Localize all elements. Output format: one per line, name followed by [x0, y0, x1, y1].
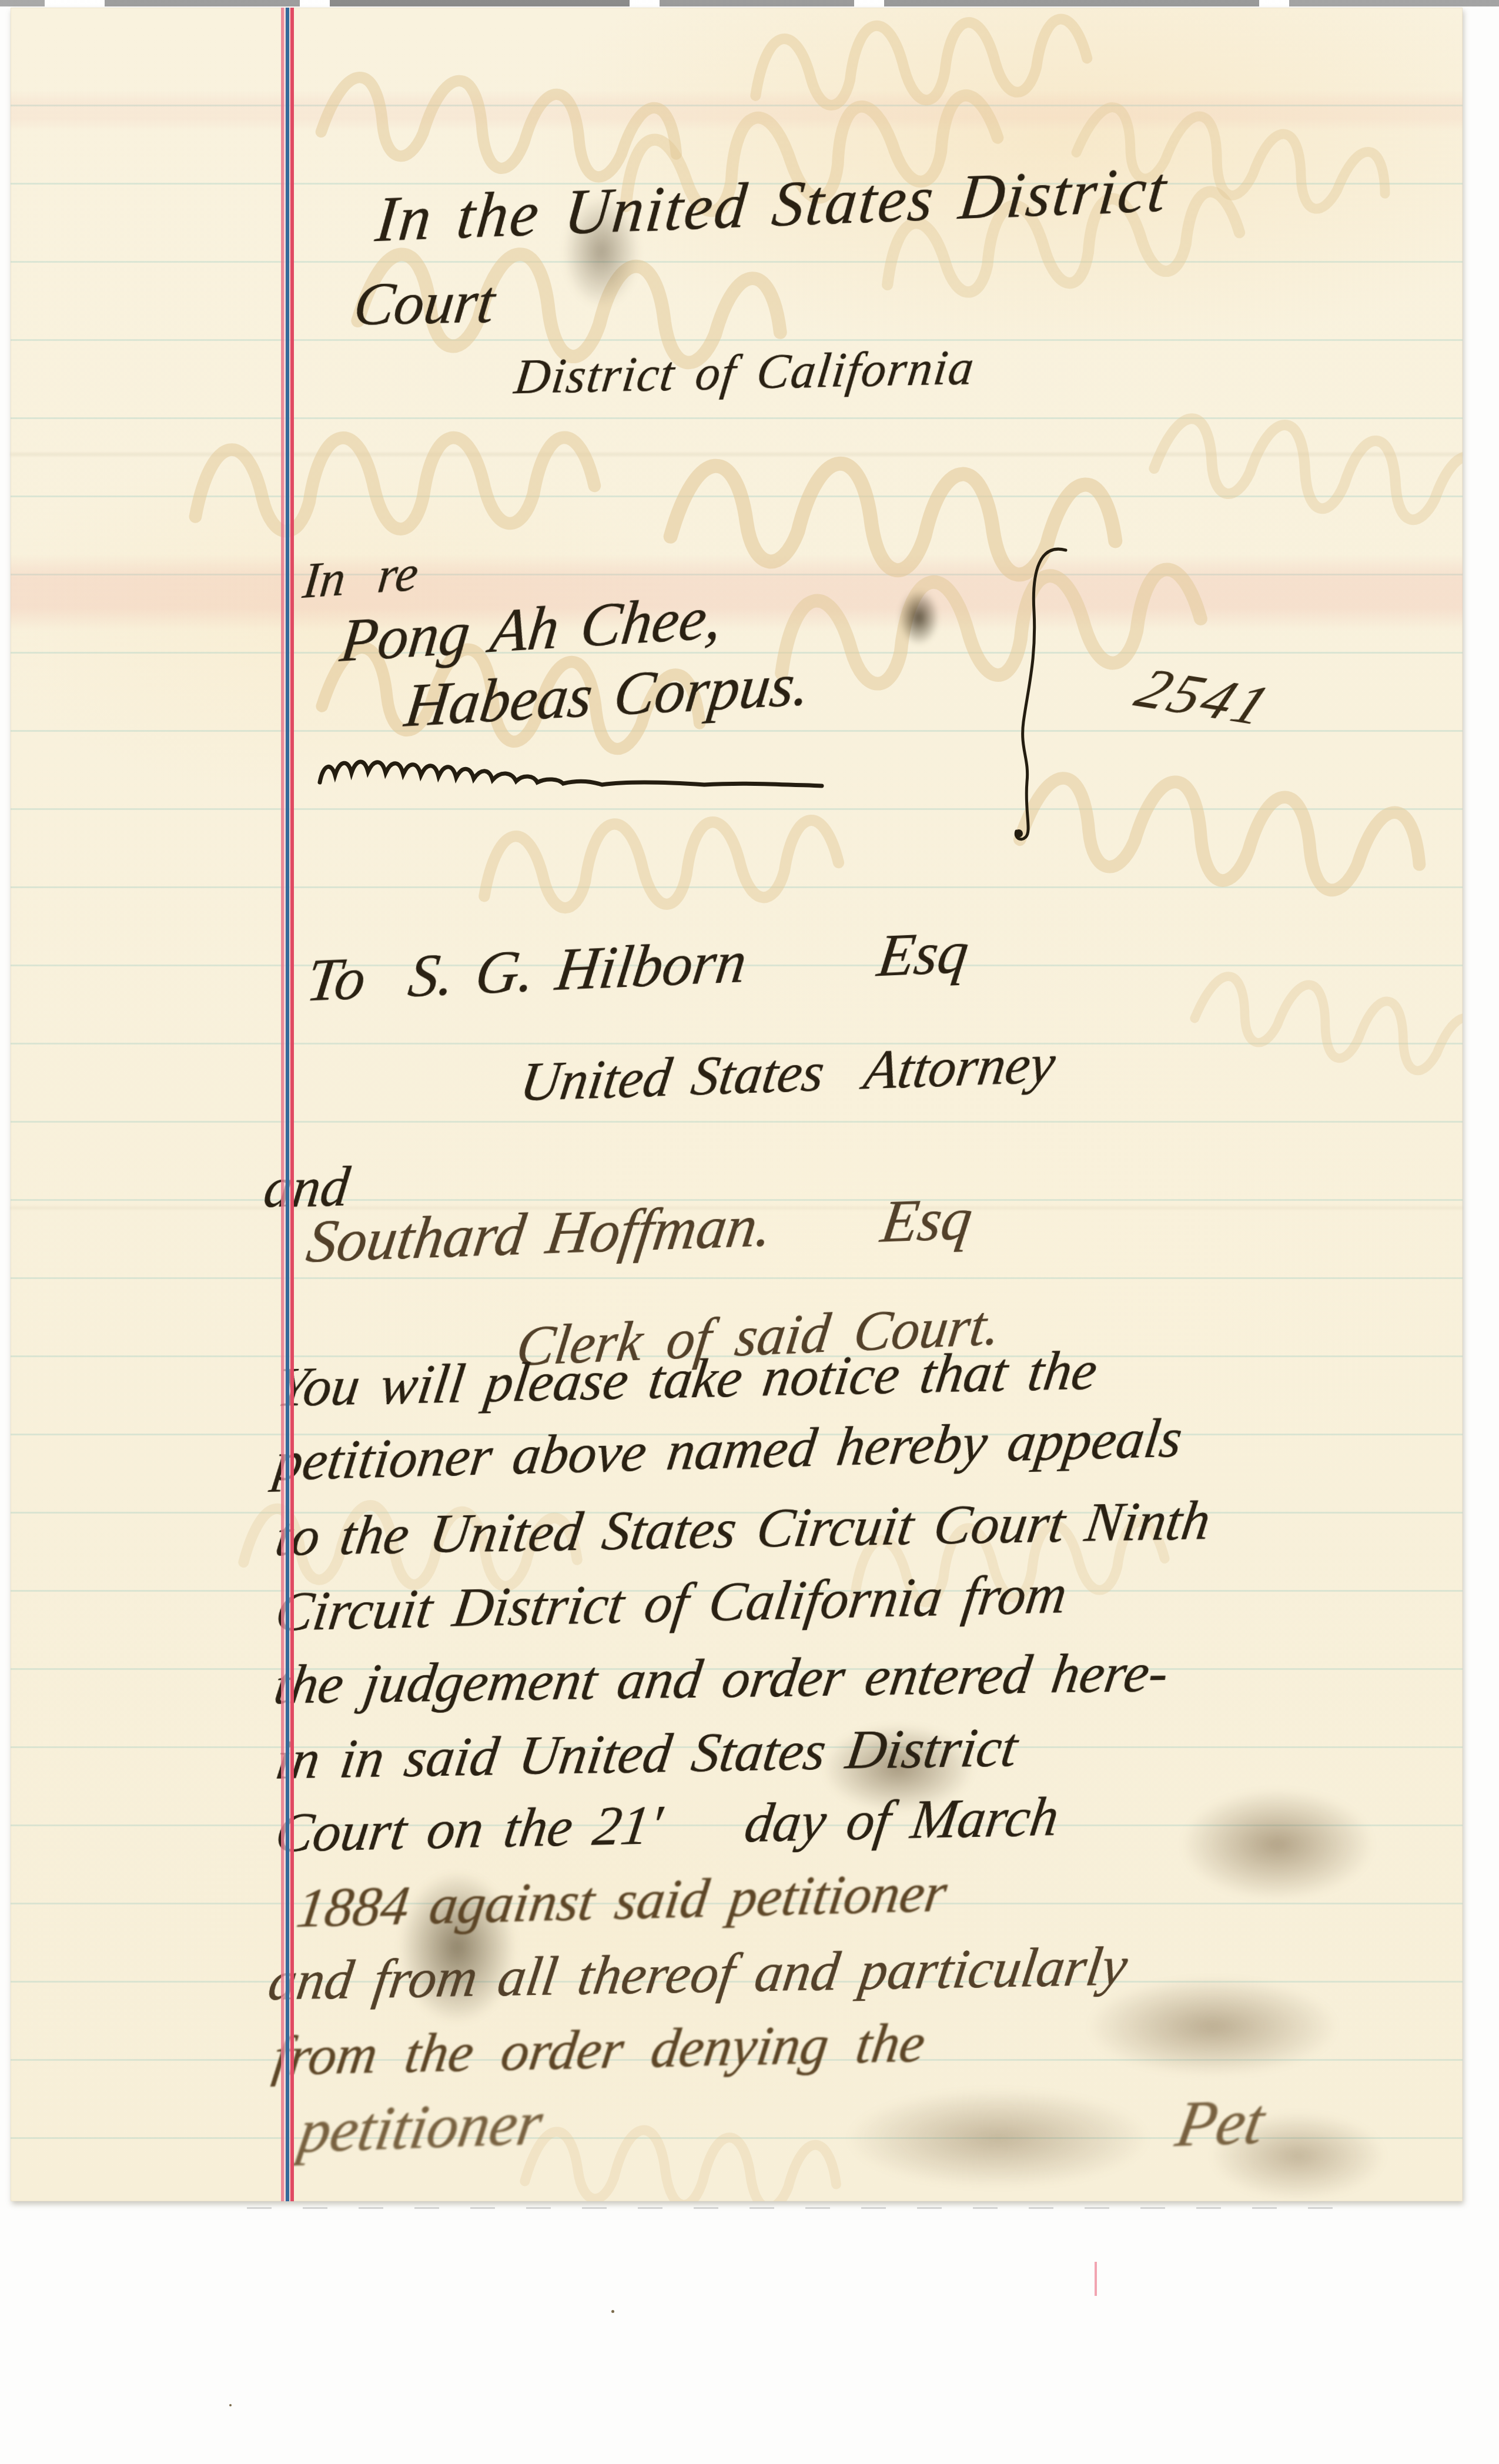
scan-background: In the United States District Court Dist…	[0, 0, 1499, 2464]
ink-smudge	[1086, 1977, 1339, 2077]
dust-speck	[611, 2310, 614, 2313]
ink-smudge	[1180, 1789, 1374, 1900]
court-header-line-3: District of California	[511, 339, 978, 406]
paper-sheet: In the United States District Court Dist…	[11, 8, 1463, 2201]
in-re-label: In re	[300, 543, 421, 611]
margin-rule	[281, 8, 295, 2201]
faded-fragment: Pet	[1171, 2084, 1270, 2162]
body-line-6: in in said United States District	[272, 1715, 1022, 1792]
scanner-streak	[247, 2207, 1364, 2209]
body-last-line: petitioner	[294, 2087, 547, 2167]
ink-smudge	[845, 2088, 1151, 2188]
body-line-5: the judgement and order entered here-	[270, 1640, 1173, 1717]
court-header-line-2: Court	[350, 268, 498, 339]
pink-tick	[1095, 2262, 1097, 2296]
scanner-edge-strip	[0, 0, 1499, 6]
ink-blot	[898, 590, 939, 645]
body-line-10: from the order denying the	[269, 2010, 929, 2089]
ink-flourish	[316, 755, 839, 796]
case-brace	[1007, 545, 1083, 851]
dust-speck	[229, 2404, 232, 2406]
